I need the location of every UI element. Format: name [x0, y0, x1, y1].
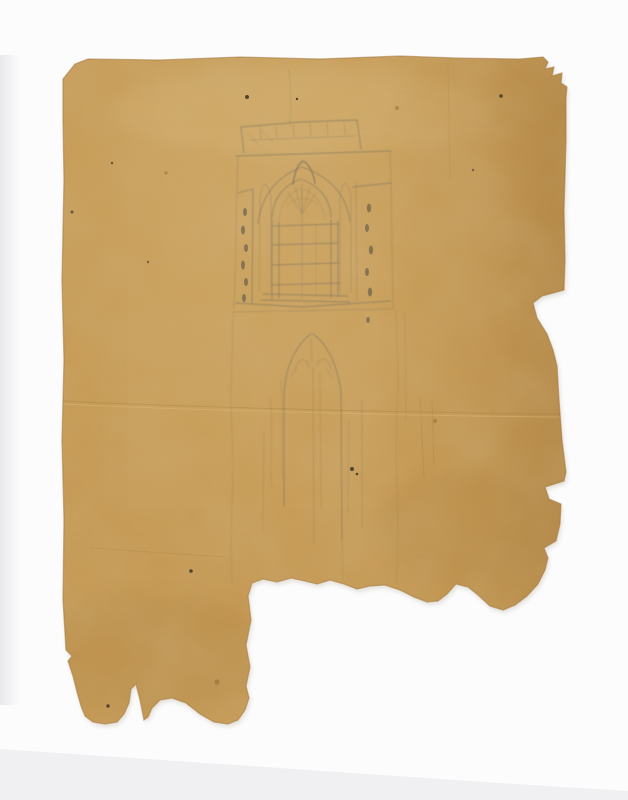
left-scan-streak	[0, 55, 20, 705]
scan-canvas	[0, 0, 628, 800]
scanned-sketch-figure: Scan of a fragmentary graphite sketch on…	[0, 0, 628, 800]
